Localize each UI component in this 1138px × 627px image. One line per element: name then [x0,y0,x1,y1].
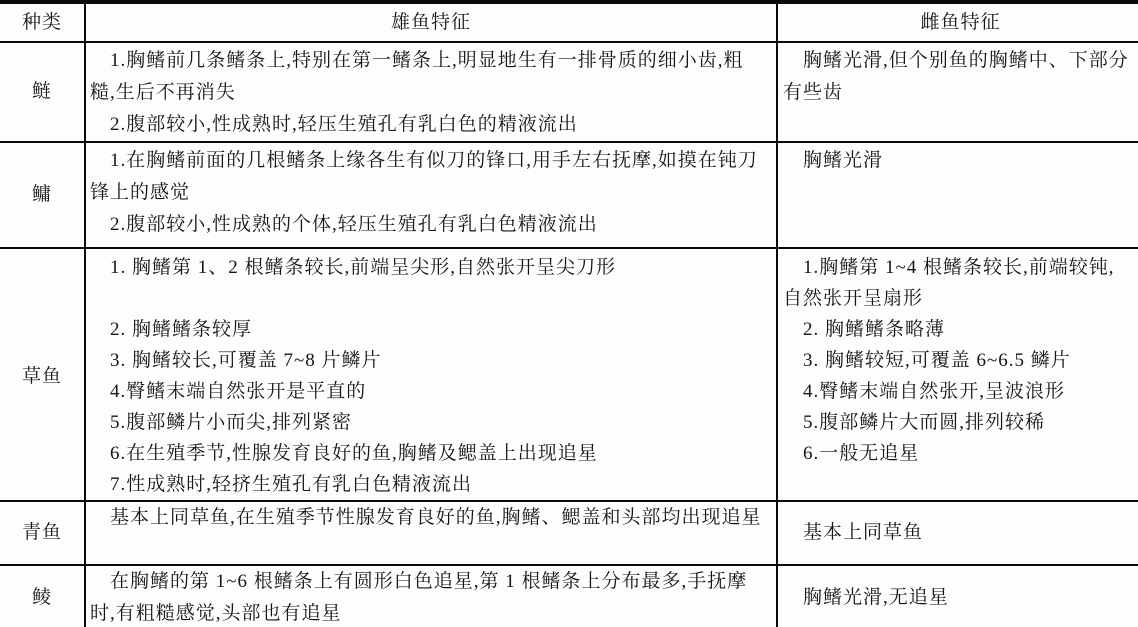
table-row-qingyu: 青鱼 基本上同草鱼,在生殖季节性腺发育良好的鱼,胸鳍、鳃盖和头部均出现追星 基本… [0,501,1138,565]
feature-item: 4.臀鳍末端自然张开是平直的 [90,376,768,407]
feature-item: 胸鳍光滑 [783,145,1130,177]
feature-item: 6.一般无追星 [783,438,1130,469]
feature-item: 6.在生殖季节,性腺发育良好的鱼,胸鳍及鳃盖上出现追星 [90,438,768,469]
feature-item: 7.性成熟时,轻挤生殖孔有乳白色精液流出 [90,469,768,500]
female-traits-cell: 1.胸鳍第 1~4 根鳍条较长,前端较钝,自然张开呈扇形 2. 胸鳍鳍条略薄 3… [777,248,1138,501]
feature-item: 基本上同草鱼 [783,517,1130,549]
female-traits-cell: 胸鳍光滑,但个别鱼的胸鳍中、下部分有些齿 [777,42,1138,142]
feature-item: 2. 胸鳍鳍条略薄 [783,314,1130,345]
header-female-traits: 雌鱼特征 [777,2,1138,42]
feature-item: 在胸鳍的第 1~6 根鳍条上有圆形白色追星,第 1 根鳍条上分布最多,手抚摩时,… [90,566,768,627]
feature-item: 基本上同草鱼,在生殖季节性腺发育良好的鱼,胸鳍、鳃盖和头部均出现追星 [90,502,768,534]
female-traits-cell: 胸鳍光滑 [777,142,1138,248]
header-row: 种类 雄鱼特征 雌鱼特征 [0,2,1138,42]
feature-item: 5.腹部鳞片小而尖,排列紧密 [90,407,768,438]
header-male-traits: 雄鱼特征 [85,2,777,42]
male-traits-cell: 1.胸鳍前几条鳍条上,特别在第一鳍条上,明显地生有一排骨质的细小齿,粗糙,生后不… [85,42,777,142]
fish-sex-characteristics-table: 种类 雄鱼特征 雌鱼特征 鲢 1.胸鳍前几条鳍条上,特别在第一鳍条上,明显地生有… [0,0,1138,627]
feature-item: 1.在胸鳍前面的几根鳍条上缘各生有似刀的锋口,用手左右抚摩,如摸在钝刀锋上的感觉 [90,145,768,209]
species-cell: 鲢 [0,42,85,142]
feature-item: 3. 胸鳍较长,可覆盖 7~8 片鳞片 [90,345,768,376]
feature-item: 2. 胸鳍鳍条较厚 [90,314,768,345]
feature-item: 1. 胸鳍第 1、2 根鳍条较长,前端呈尖形,自然张开呈尖刀形 [90,252,768,283]
species-cell: 青鱼 [0,501,85,565]
table-row-yong: 鳙 1.在胸鳍前面的几根鳍条上缘各生有似刀的锋口,用手左右抚摩,如摸在钝刀锋上的… [0,142,1138,248]
species-cell: 鳙 [0,142,85,248]
feature-item: 2.腹部较小,性成熟的个体,轻压生殖孔有乳白色精液流出 [90,209,768,241]
feature-item: 1.胸鳍第 1~4 根鳍条较长,前端较钝,自然张开呈扇形 [783,252,1130,314]
female-traits-cell: 胸鳍光滑,无追星 [777,565,1138,627]
male-traits-cell: 1.在胸鳍前面的几根鳍条上缘各生有似刀的锋口,用手左右抚摩,如摸在钝刀锋上的感觉… [85,142,777,248]
species-cell: 草鱼 [0,248,85,501]
male-traits-cell: 1. 胸鳍第 1、2 根鳍条较长,前端呈尖形,自然张开呈尖刀形 2. 胸鳍鳍条较… [85,248,777,501]
table-row-ling: 鲮 在胸鳍的第 1~6 根鳍条上有圆形白色追星,第 1 根鳍条上分布最多,手抚摩… [0,565,1138,627]
feature-item: 2.腹部较小,性成熟时,轻压生殖孔有乳白色的精液流出 [90,109,768,141]
header-species: 种类 [0,2,85,42]
feature-item: 胸鳍光滑,无追星 [783,582,1130,614]
male-traits-cell: 基本上同草鱼,在生殖季节性腺发育良好的鱼,胸鳍、鳃盖和头部均出现追星 [85,501,777,565]
feature-item: 4.臀鳍末端自然张开,呈波浪形 [783,376,1130,407]
male-traits-cell: 在胸鳍的第 1~6 根鳍条上有圆形白色追星,第 1 根鳍条上分布最多,手抚摩时,… [85,565,777,627]
table-row-lian: 鲢 1.胸鳍前几条鳍条上,特别在第一鳍条上,明显地生有一排骨质的细小齿,粗糙,生… [0,42,1138,142]
feature-item: 胸鳍光滑,但个别鱼的胸鳍中、下部分有些齿 [783,45,1130,109]
feature-item: 5.腹部鳞片大而圆,排列较稀 [783,407,1130,438]
species-cell: 鲮 [0,565,85,627]
feature-item: 1.胸鳍前几条鳍条上,特别在第一鳍条上,明显地生有一排骨质的细小齿,粗糙,生后不… [90,45,768,109]
table-row-caoyu: 草鱼 1. 胸鳍第 1、2 根鳍条较长,前端呈尖形,自然张开呈尖刀形 2. 胸鳍… [0,248,1138,501]
feature-item: 3. 胸鳍较短,可覆盖 6~6.5 鳞片 [783,345,1130,376]
scanned-table-page: 种类 雄鱼特征 雌鱼特征 鲢 1.胸鳍前几条鳍条上,特别在第一鳍条上,明显地生有… [0,0,1138,627]
female-traits-cell: 基本上同草鱼 [777,501,1138,565]
